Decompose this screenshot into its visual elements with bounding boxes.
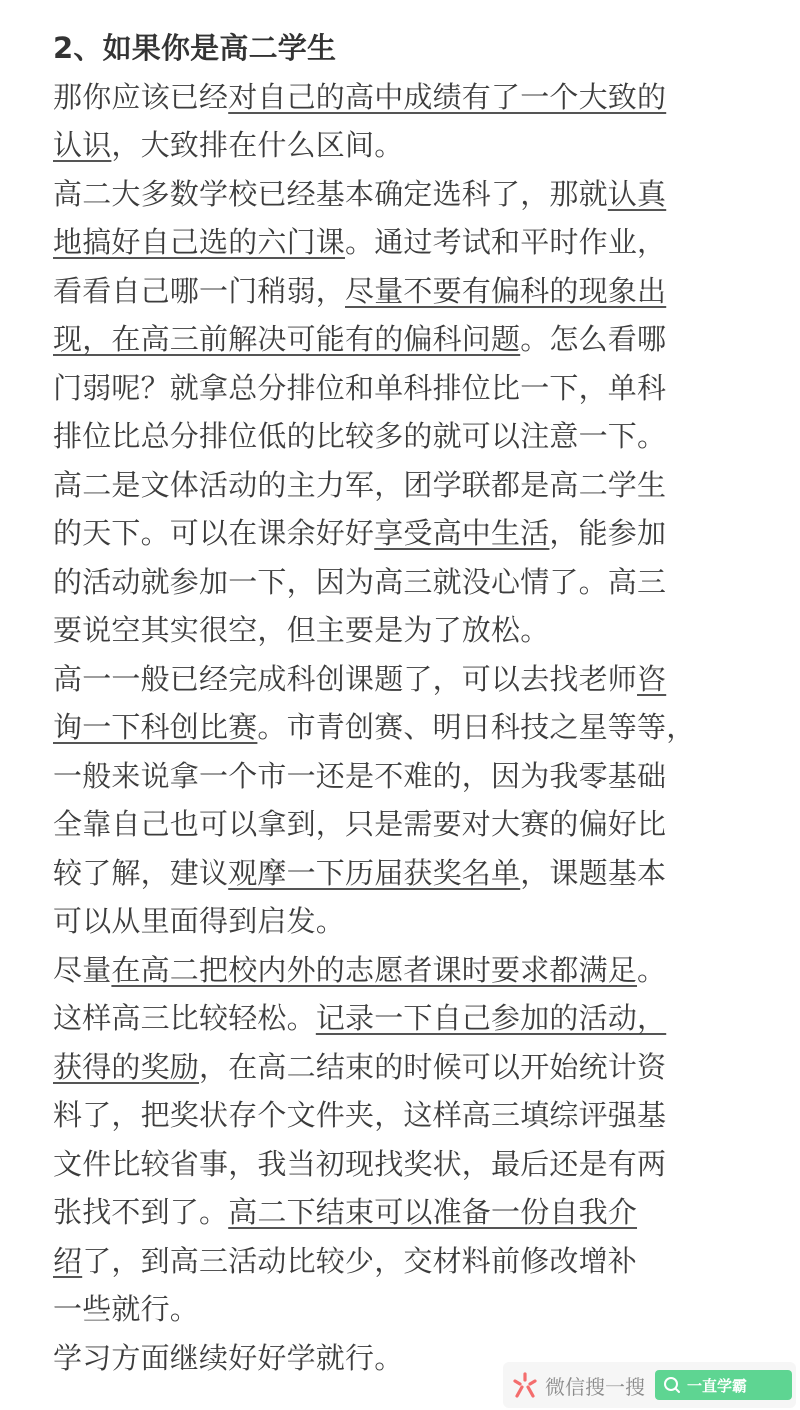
underlined-highlight: 认识 bbox=[53, 128, 111, 162]
text-line: 这样高三比较轻松。记录一下自己参加的活动， bbox=[53, 996, 773, 1045]
underlined-highlight: 绍 bbox=[53, 1244, 82, 1278]
text-segment: 尽量 bbox=[53, 953, 111, 987]
underlined-highlight: 认真 bbox=[608, 177, 666, 211]
text-segment: 较了解，建议 bbox=[53, 856, 228, 890]
text-line: 获得的奖励，在高二结束的时候可以开始统计资 bbox=[53, 1045, 773, 1094]
article: 2、如果你是高二学生 那你应该已经对自己的高中成绩有了一个大致的认识，大致排在什… bbox=[53, 26, 773, 1384]
text-segment: 了，到高三活动比较少，交材料前修改增补 bbox=[82, 1244, 637, 1278]
text-segment: 一些就行。 bbox=[53, 1292, 199, 1326]
underlined-highlight: 现，在高三前解决可能有的偏科问题 bbox=[53, 322, 520, 356]
text-line: 的活动就参加一下，因为高三就没心情了。高三 bbox=[53, 560, 773, 609]
text-line: 绍了，到高三活动比较少，交材料前修改增补 bbox=[53, 1239, 773, 1288]
underlined-highlight: 尽量不要有偏科的现象出 bbox=[345, 274, 666, 308]
text-segment: 的活动就参加一下，因为高三就没心情了。高三 bbox=[53, 565, 666, 599]
text-segment: 料了，把奖状存个文件夹，这样高三填综评强基 bbox=[53, 1098, 666, 1132]
search-term: 一直学霸 bbox=[687, 1375, 747, 1396]
text-line: 料了，把奖状存个文件夹，这样高三填综评强基 bbox=[53, 1093, 773, 1142]
text-segment: 。通过考试和平时作业， bbox=[345, 225, 666, 259]
text-segment: 那你应该已经 bbox=[53, 80, 228, 114]
text-segment: 高一一般已经完成科创课题了，可以去找老师 bbox=[53, 662, 637, 696]
text-segment: ，大致排在什么区间。 bbox=[111, 128, 403, 162]
text-segment: 文件比较省事，我当初现找奖状，最后还是有两 bbox=[53, 1147, 666, 1181]
text-segment: 。 bbox=[637, 953, 666, 987]
underlined-highlight: 观摩一下历届获奖名单 bbox=[228, 856, 520, 890]
text-line: 地搞好自己选的六门课。通过考试和平时作业， bbox=[53, 220, 773, 269]
text-segment: ，在高二结束的时候可以开始统计资 bbox=[199, 1050, 666, 1084]
text-line: 认识，大致排在什么区间。 bbox=[53, 123, 773, 172]
text-line: 高一一般已经完成科创课题了，可以去找老师咨 bbox=[53, 657, 773, 706]
text-line: 询一下科创比赛。市青创赛、明日科技之星等等， bbox=[53, 705, 773, 754]
text-line: 全靠自己也可以拿到，只是需要对大赛的偏好比 bbox=[53, 802, 773, 851]
text-segment: 学习方面继续好好学就行。 bbox=[53, 1341, 403, 1375]
underlined-highlight: 咨 bbox=[637, 662, 666, 696]
text-segment: ，能参加 bbox=[549, 516, 666, 550]
text-line: 门弱呢？就拿总分排位和单科排位比一下，单科 bbox=[53, 366, 773, 415]
underlined-highlight: 获得的奖励 bbox=[53, 1050, 199, 1084]
text-line: 高二大多数学校已经基本确定选科了，那就认真 bbox=[53, 172, 773, 221]
underlined-highlight: 记录一下自己参加的活动， bbox=[316, 1001, 666, 1035]
wechat-search-watermark[interactable]: 微信搜一搜 一直学霸 bbox=[503, 1362, 796, 1408]
text-line: 排位比总分排位低的比较多的就可以注意一下。 bbox=[53, 414, 773, 463]
article-heading: 2、如果你是高二学生 bbox=[53, 26, 773, 75]
text-line: 高二是文体活动的主力军，团学联都是高二学生 bbox=[53, 463, 773, 512]
article-body: 那你应该已经对自己的高中成绩有了一个大致的认识，大致排在什么区间。高二大多数学校… bbox=[53, 75, 773, 1385]
search-term-badge[interactable]: 一直学霸 bbox=[655, 1370, 792, 1400]
wechat-search-label: 微信搜一搜 bbox=[545, 1371, 645, 1400]
search-icon bbox=[663, 1376, 681, 1394]
text-line: 看看自己哪一门稍弱，尽量不要有偏科的现象出 bbox=[53, 269, 773, 318]
text-segment: 的天下。可以在课余好好 bbox=[53, 516, 374, 550]
text-segment: 这样高三比较轻松。 bbox=[53, 1001, 316, 1035]
underlined-highlight: 在高二把校内外的志愿者课时要求都满足 bbox=[111, 953, 637, 987]
text-line: 的天下。可以在课余好好享受高中生活，能参加 bbox=[53, 511, 773, 560]
text-line: 一些就行。 bbox=[53, 1287, 773, 1336]
text-segment: 排位比总分排位低的比较多的就可以注意一下。 bbox=[53, 419, 666, 453]
text-segment: 。怎么看哪 bbox=[520, 322, 666, 356]
text-segment: 要说空其实很空，但主要是为了放松。 bbox=[53, 613, 549, 647]
text-segment: 全靠自己也可以拿到，只是需要对大赛的偏好比 bbox=[53, 807, 666, 841]
text-line: 现，在高三前解决可能有的偏科问题。怎么看哪 bbox=[53, 317, 773, 366]
text-segment: 高二大多数学校已经基本确定选科了，那就 bbox=[53, 177, 608, 211]
text-segment: 。市青创赛、明日科技之星等等， bbox=[257, 710, 695, 744]
text-segment: 张找不到了。 bbox=[53, 1195, 228, 1229]
text-line: 那你应该已经对自己的高中成绩有了一个大致的 bbox=[53, 75, 773, 124]
text-segment: 可以从里面得到启发。 bbox=[53, 904, 345, 938]
text-line: 较了解，建议观摩一下历届获奖名单，课题基本 bbox=[53, 851, 773, 900]
text-segment: 一般来说拿一个市一还是不难的，因为我零基础 bbox=[53, 759, 666, 793]
text-line: 文件比较省事，我当初现找奖状，最后还是有两 bbox=[53, 1142, 773, 1191]
text-line: 要说空其实很空，但主要是为了放松。 bbox=[53, 608, 773, 657]
underlined-highlight: 高二下结束可以准备一份自我介 bbox=[228, 1195, 637, 1229]
underlined-highlight: 对自己的高中成绩有了一个大致的 bbox=[228, 80, 666, 114]
text-line: 张找不到了。高二下结束可以准备一份自我介 bbox=[53, 1190, 773, 1239]
underlined-highlight: 询一下科创比赛 bbox=[53, 710, 257, 744]
underlined-highlight: 享受高中生活 bbox=[374, 516, 549, 550]
text-line: 可以从里面得到启发。 bbox=[53, 899, 773, 948]
text-line: 尽量在高二把校内外的志愿者课时要求都满足。 bbox=[53, 948, 773, 997]
text-segment: 高二是文体活动的主力军，团学联都是高二学生 bbox=[53, 468, 666, 502]
text-line: 一般来说拿一个市一还是不难的，因为我零基础 bbox=[53, 754, 773, 803]
wechat-search-logo-icon bbox=[511, 1371, 539, 1399]
text-segment: ，课题基本 bbox=[520, 856, 666, 890]
underlined-highlight: 地搞好自己选的六门课 bbox=[53, 225, 345, 259]
text-segment: 门弱呢？就拿总分排位和单科排位比一下，单科 bbox=[53, 371, 666, 405]
text-segment: 看看自己哪一门稍弱， bbox=[53, 274, 345, 308]
